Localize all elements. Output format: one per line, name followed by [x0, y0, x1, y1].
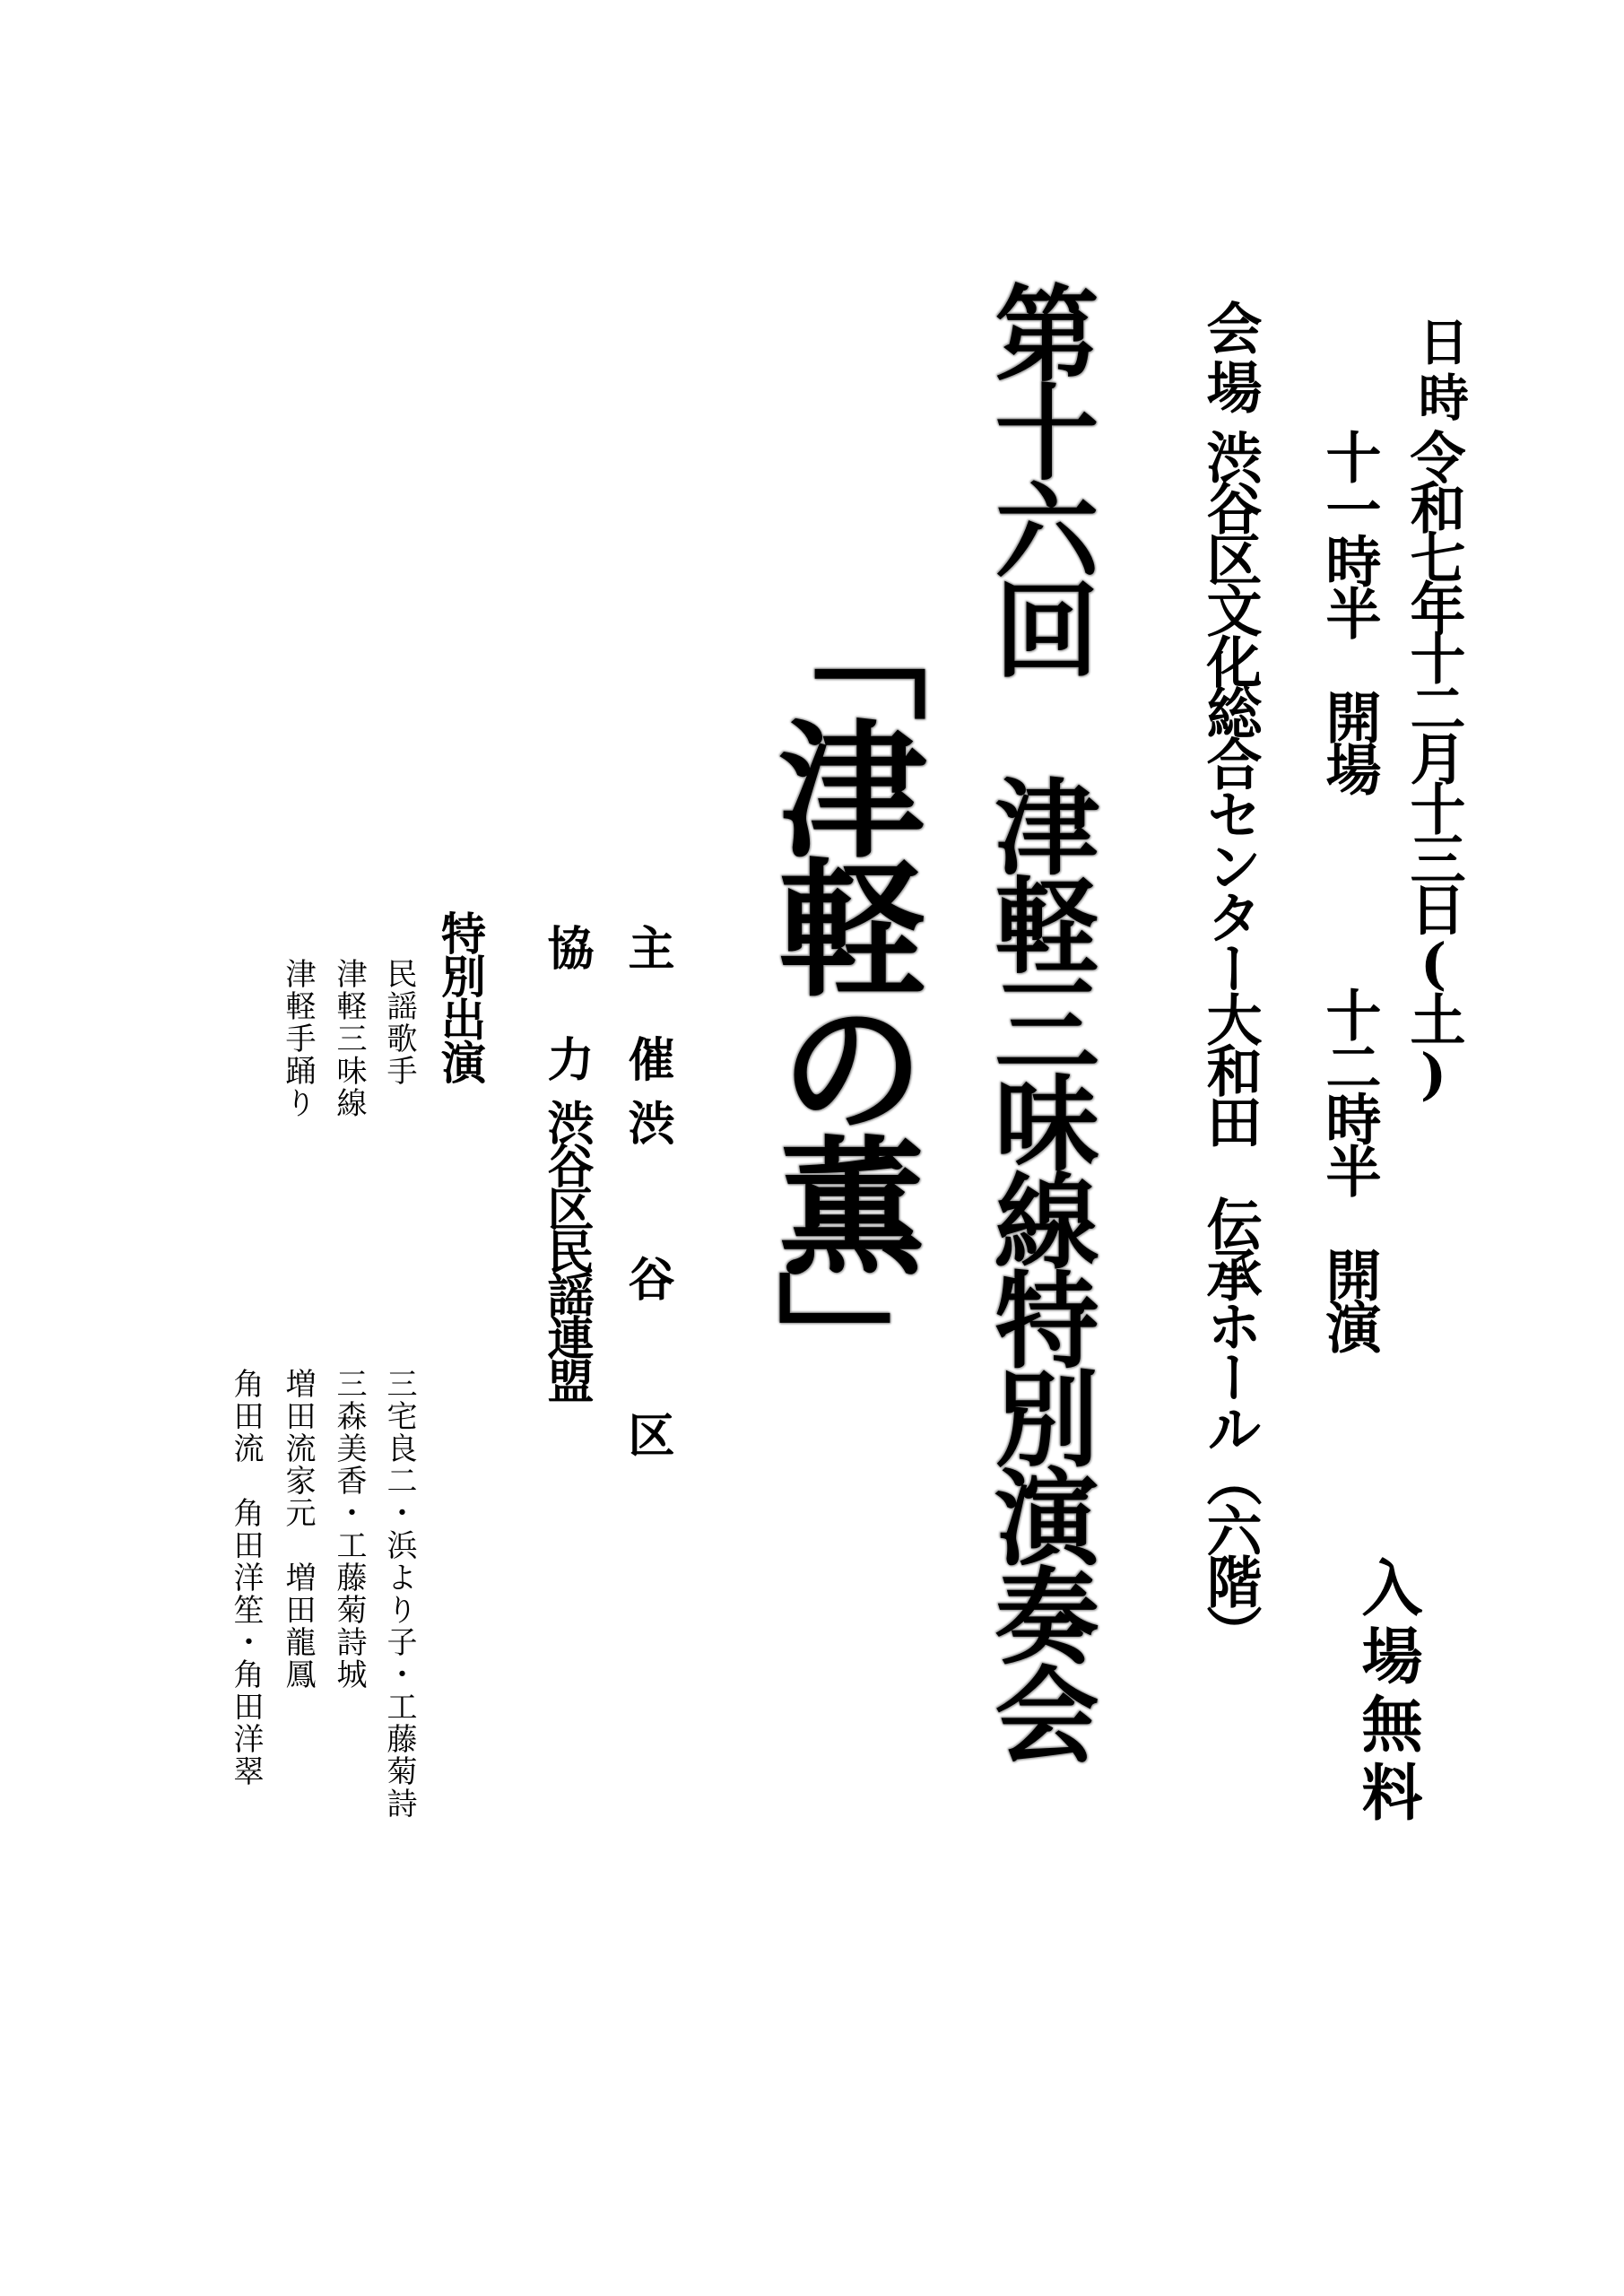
- date-label: 日時: [1415, 316, 1465, 427]
- performer-names-2: 三森美香・工藤菊詩城: [334, 1368, 364, 1691]
- support-label: 協 力: [543, 924, 589, 1091]
- venue-label: 会場: [1202, 300, 1257, 418]
- event-title: 第十六回 津軽三味線特別演奏会: [986, 280, 1090, 1760]
- role-minyo-singer: 民謡歌手: [384, 958, 414, 1087]
- performer-names-3: 増田流家元 増田龍鳳: [282, 1368, 313, 1691]
- role-tsugaru-dance: 津軽手踊り: [282, 958, 313, 1119]
- performer-names-1: 三宅良二・浜より子・工藤菊詩: [384, 1368, 414, 1820]
- event-subtitle: 「津軽の薫」: [767, 574, 915, 1408]
- start-time: 十二時半 開演: [1321, 987, 1376, 1351]
- venue-value: 渋谷区文化総合センター大和田 伝承ホール（六階）: [1202, 429, 1257, 1656]
- admission-free: 入場無料: [1357, 1556, 1418, 1829]
- doors-open-time: 十一時半 開場: [1321, 429, 1376, 793]
- performer-names-4: 角田流 角田洋笙・角田洋翠: [230, 1368, 261, 1787]
- host-label: 主 催: [623, 924, 670, 1091]
- date-value: 令和七年十二月十三日(土): [1405, 429, 1461, 1101]
- role-tsugaru-shamisen: 津軽三味線: [334, 958, 364, 1119]
- host-value: 渋 谷 区: [623, 1099, 670, 1489]
- special-guests-heading: 特別出演: [438, 910, 482, 1083]
- support-value: 渋谷区民謡連盟: [543, 1099, 589, 1400]
